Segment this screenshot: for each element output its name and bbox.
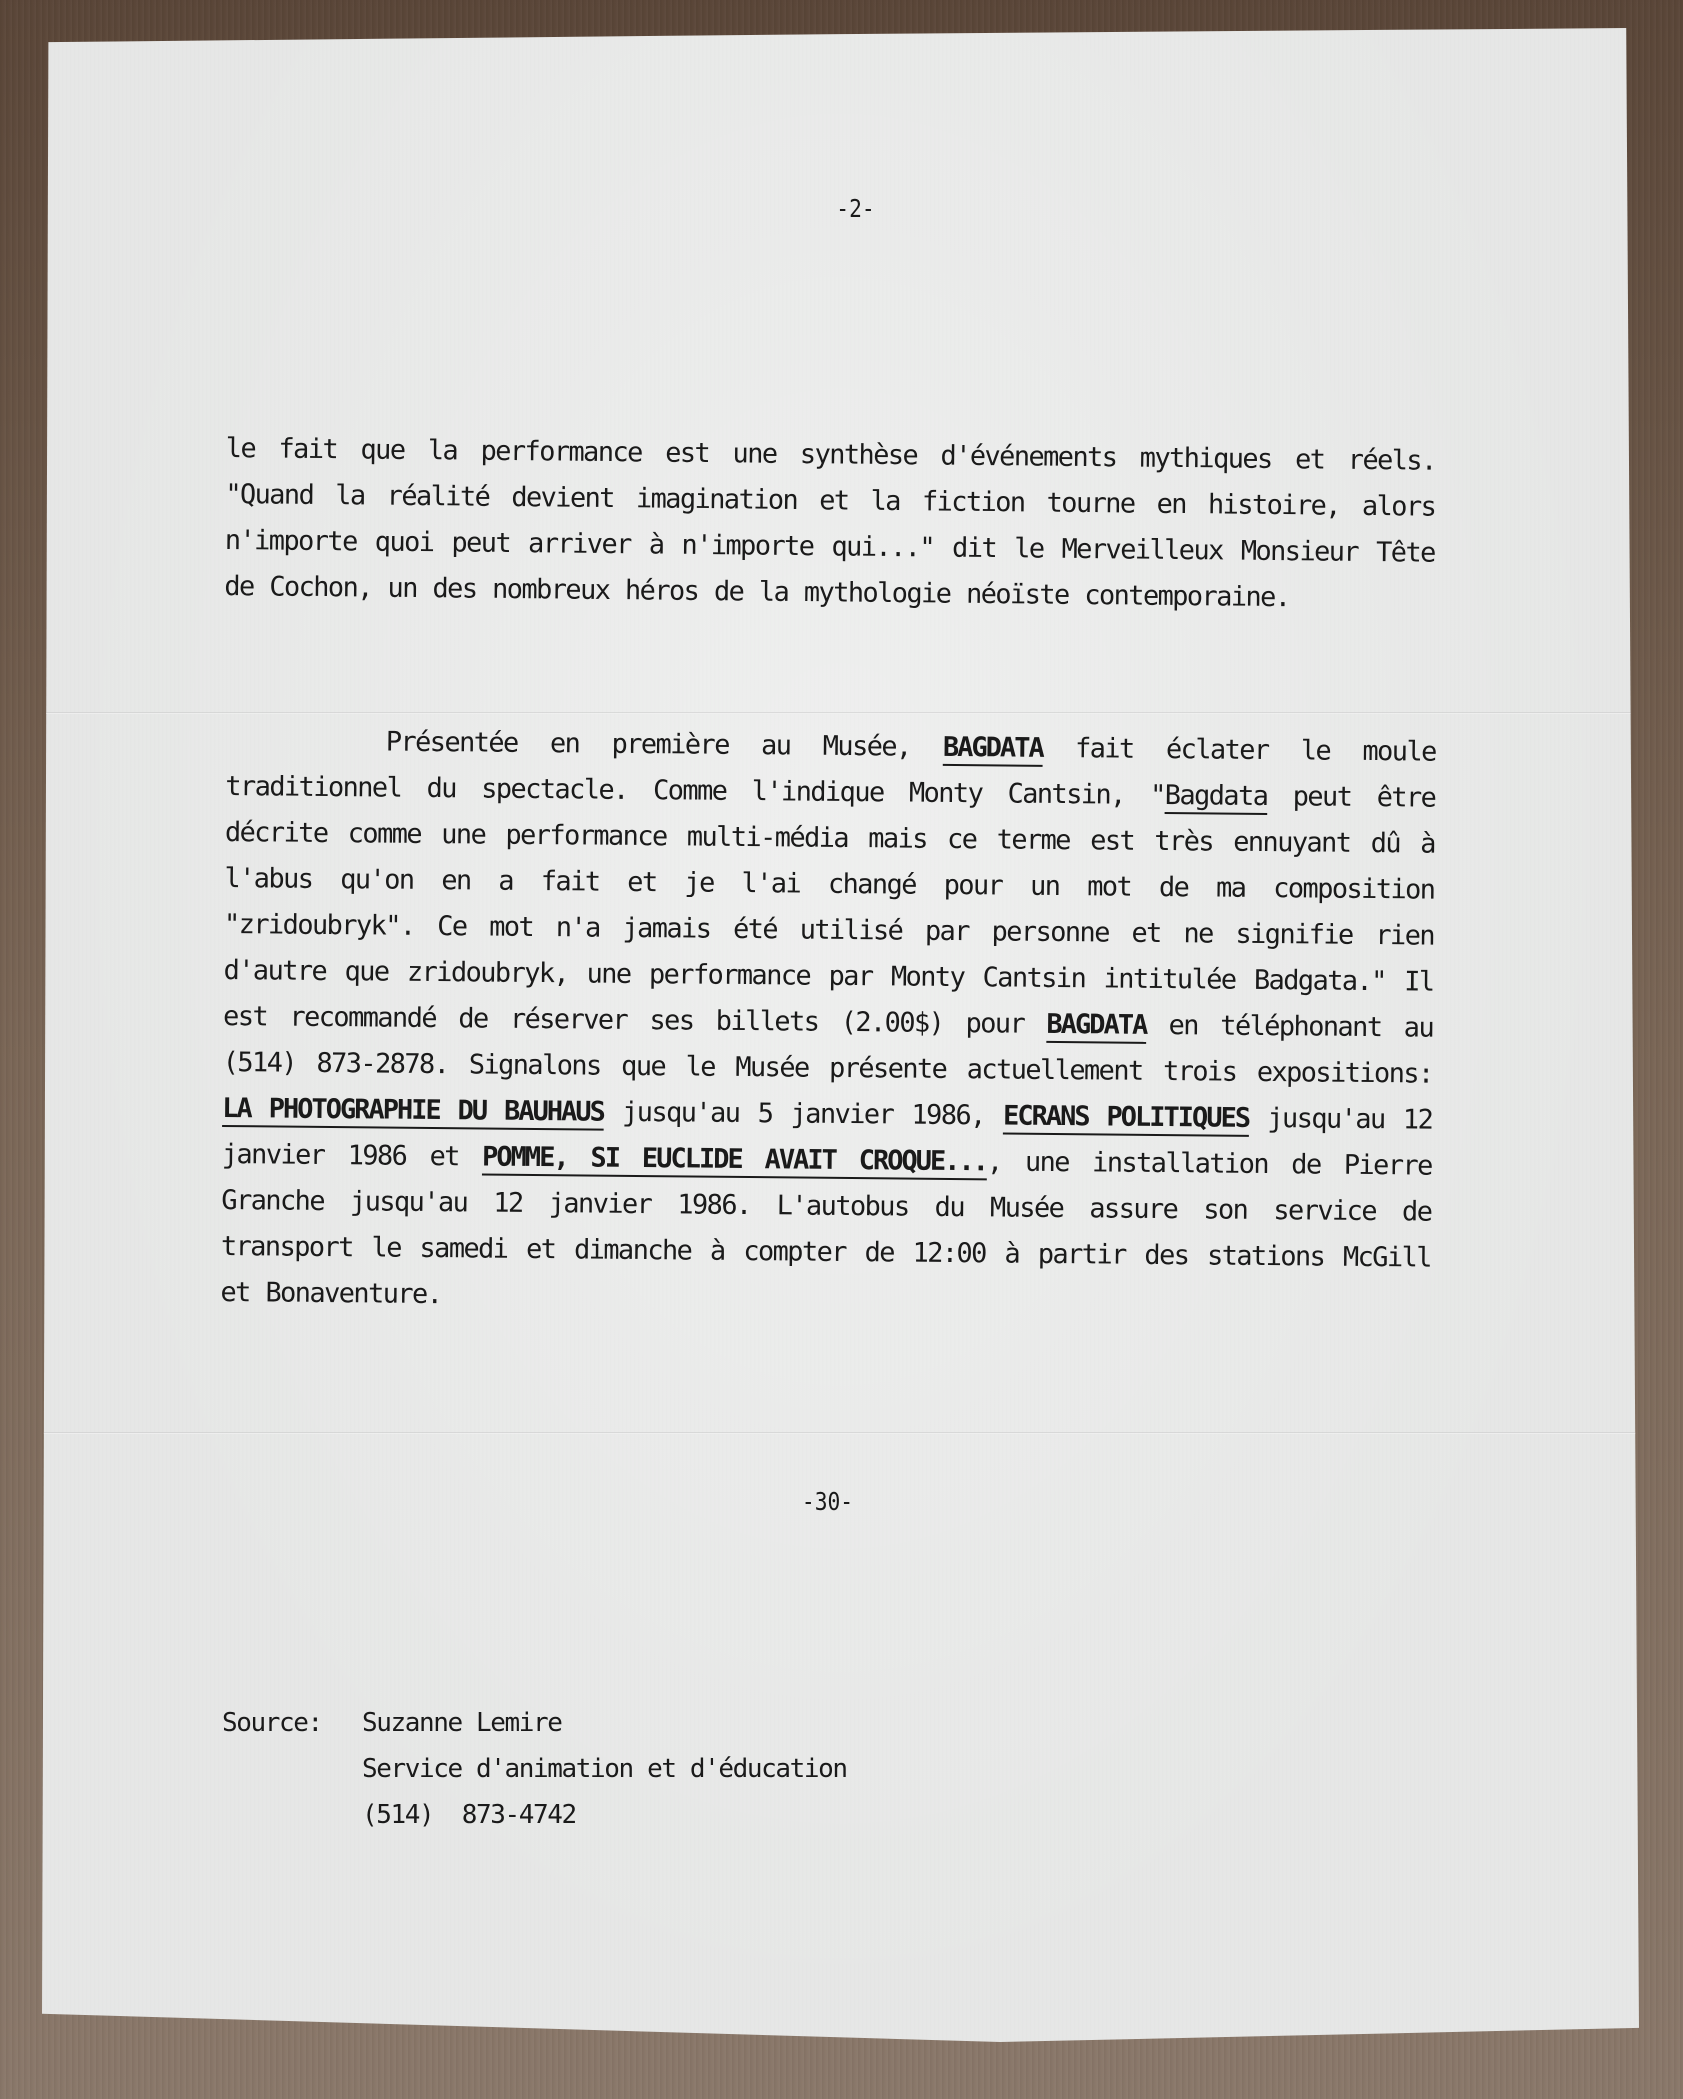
title-bagdata: BAGDATA	[1046, 1009, 1146, 1041]
fold-line	[42, 1432, 1639, 1434]
bagdata-quote: Bagdata	[1165, 780, 1268, 812]
title-bagdata: BAGDATA	[943, 732, 1043, 764]
end-marker: -30-	[112, 1487, 1543, 1516]
source-name: Suzanne Lemire	[362, 1700, 847, 1746]
source-phone: (514) 873-4742	[362, 1792, 847, 1838]
paragraph-2: Présentée en première au Musée, BAGDATA …	[220, 718, 1436, 1328]
exhibition-title: ECRANS POLITIQUES	[1003, 1100, 1249, 1133]
page-number: -2-	[140, 194, 1571, 223]
paragraph-indent	[226, 749, 386, 751]
text-run: peut être décrite comme une performance …	[223, 781, 1435, 1040]
source-label: Source:	[222, 1700, 362, 1838]
exhibition-title: POMME, SI EUCLIDE AVAIT CROQUE...	[482, 1141, 987, 1177]
text-run: jusqu'au 5 janvier 1986,	[604, 1097, 1004, 1132]
text-run: Présentée en première au Musée,	[386, 727, 943, 763]
fold-line	[42, 712, 1639, 714]
paragraph-1: le fait que la performance est une synth…	[224, 426, 1436, 623]
source-block: Source: Suzanne Lemire Service d'animati…	[222, 1700, 847, 1838]
exhibition-title: LA PHOTOGRAPHIE DU BAUHAUS	[222, 1093, 604, 1128]
source-department: Service d'animation et d'éducation	[362, 1746, 847, 1792]
